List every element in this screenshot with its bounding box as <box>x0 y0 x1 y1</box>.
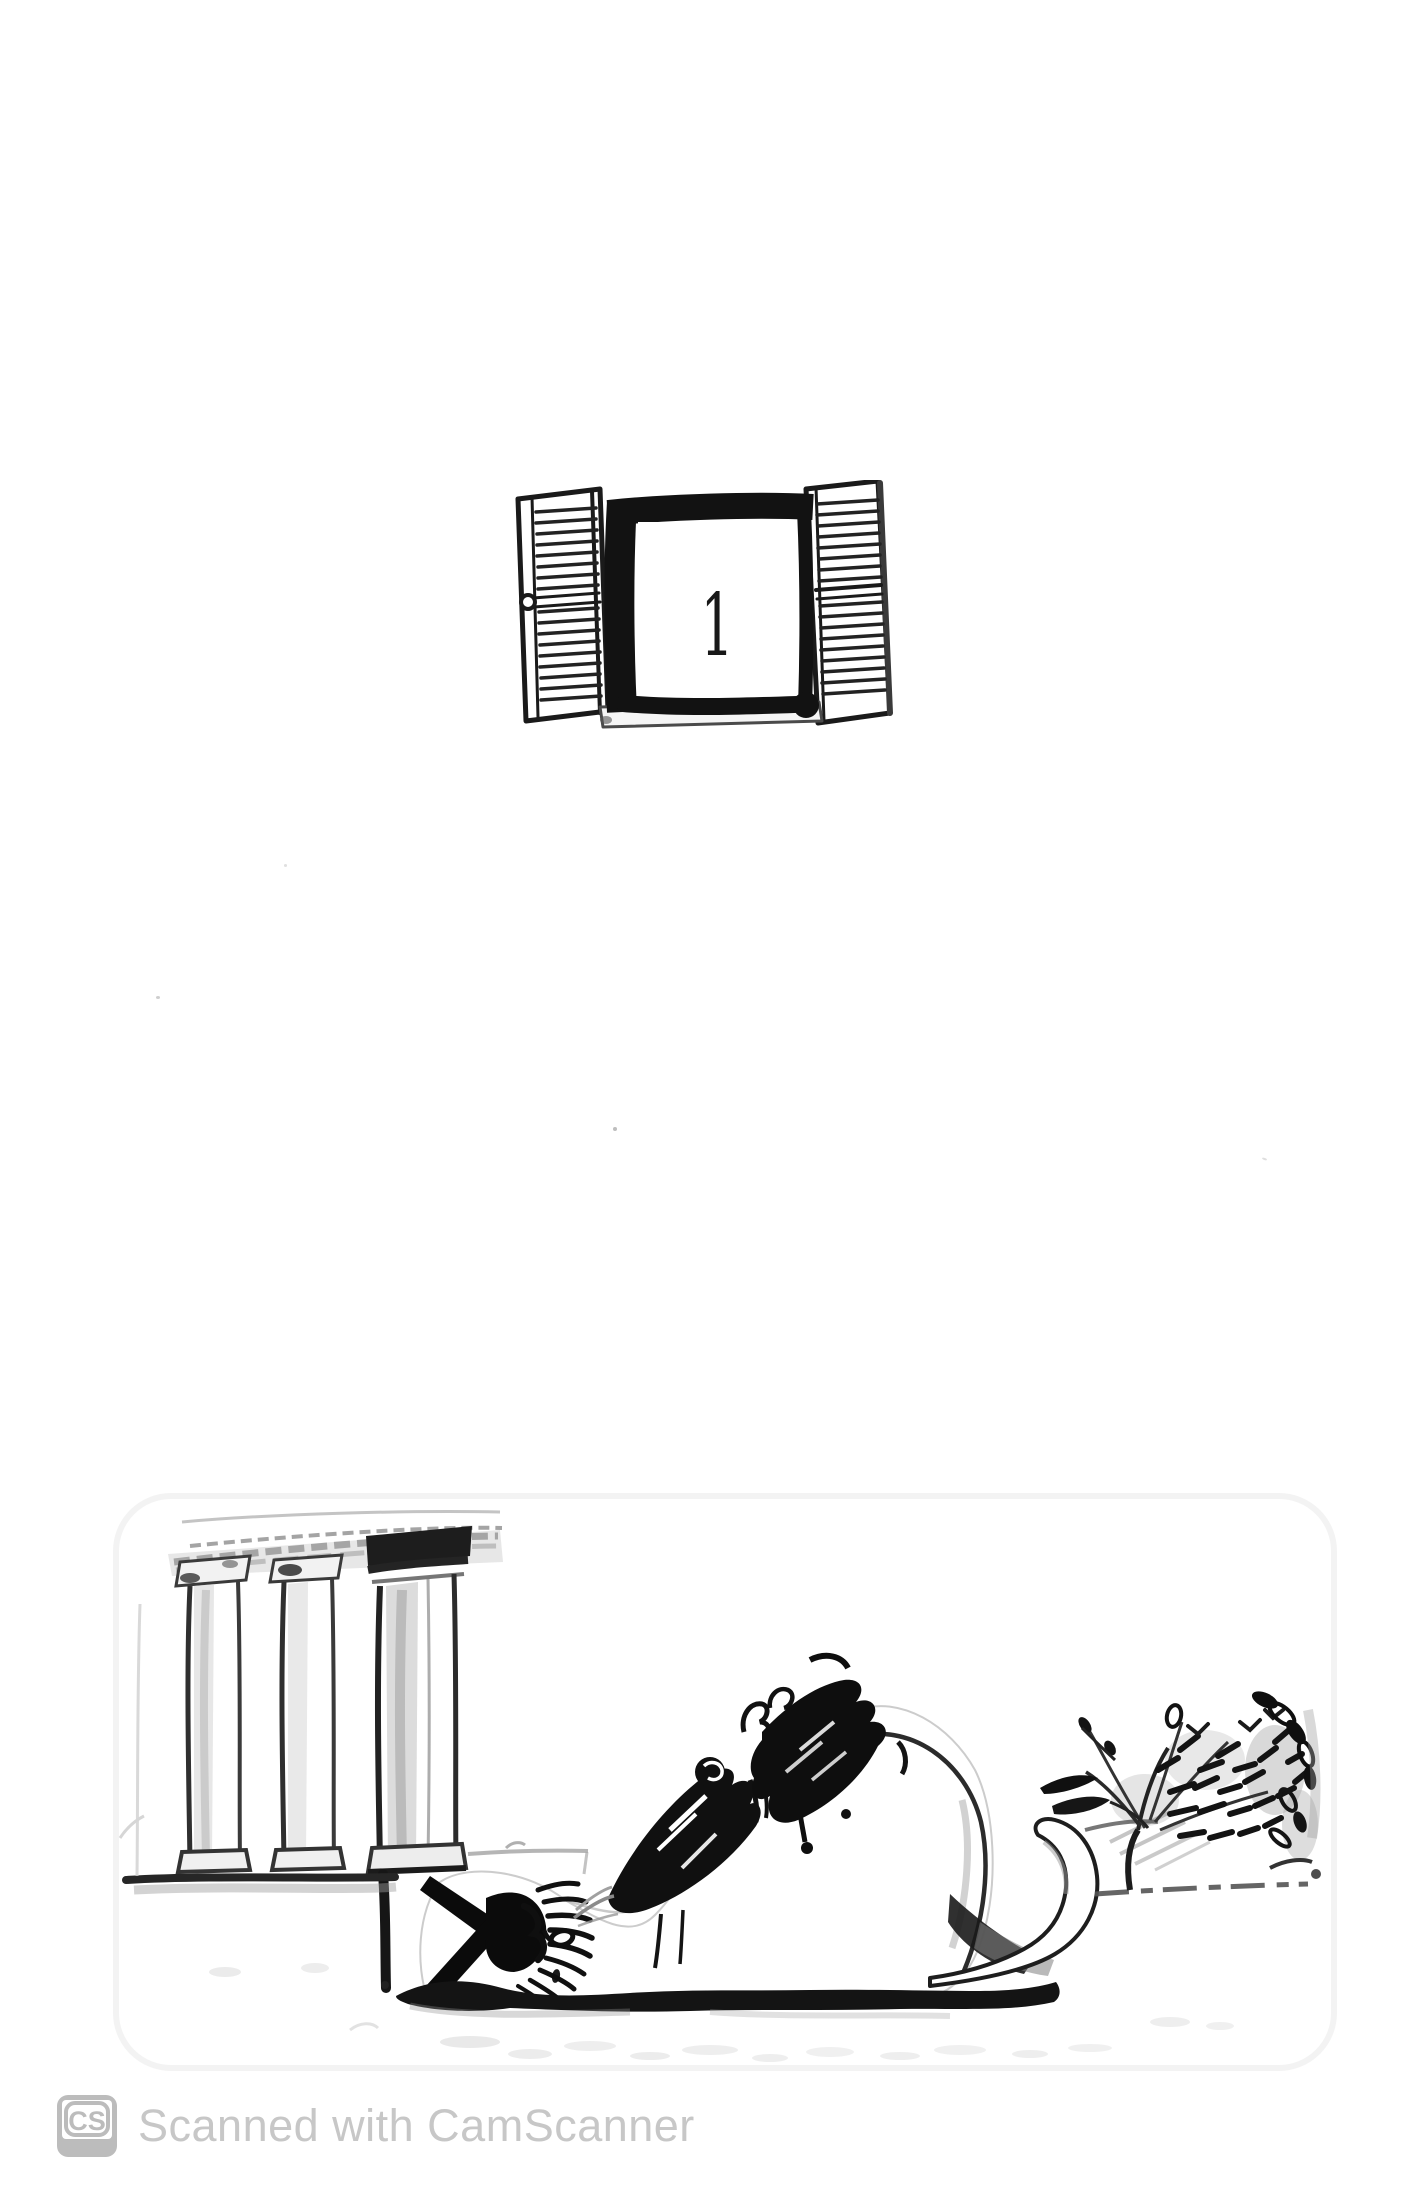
camscanner-logo-icon: CS <box>56 2094 118 2158</box>
chapter-window-illustration: 1 <box>505 480 895 740</box>
camscanner-logo-text: CS <box>68 2106 106 2136</box>
scanned-book-page: 1 <box>0 0 1408 2208</box>
window-drawing: 1 <box>505 480 895 740</box>
courtyard-scene-illustration <box>110 1470 1340 2090</box>
left-shutter-icon <box>518 489 608 721</box>
scan-speck <box>613 1127 617 1131</box>
scan-speck <box>284 864 287 867</box>
scene-drawing <box>110 1470 1340 2090</box>
shutter-knob-icon <box>521 595 535 609</box>
camscanner-watermark: CS Scanned with CamScanner <box>56 2094 695 2158</box>
scan-speck <box>1262 1157 1267 1161</box>
scan-speck <box>156 996 160 999</box>
right-shutter-icon <box>806 481 890 723</box>
chapter-number: 1 <box>701 575 734 676</box>
sleeping-cat-icon <box>381 1656 1097 2016</box>
watermark-text: Scanned with CamScanner <box>138 2100 695 2152</box>
